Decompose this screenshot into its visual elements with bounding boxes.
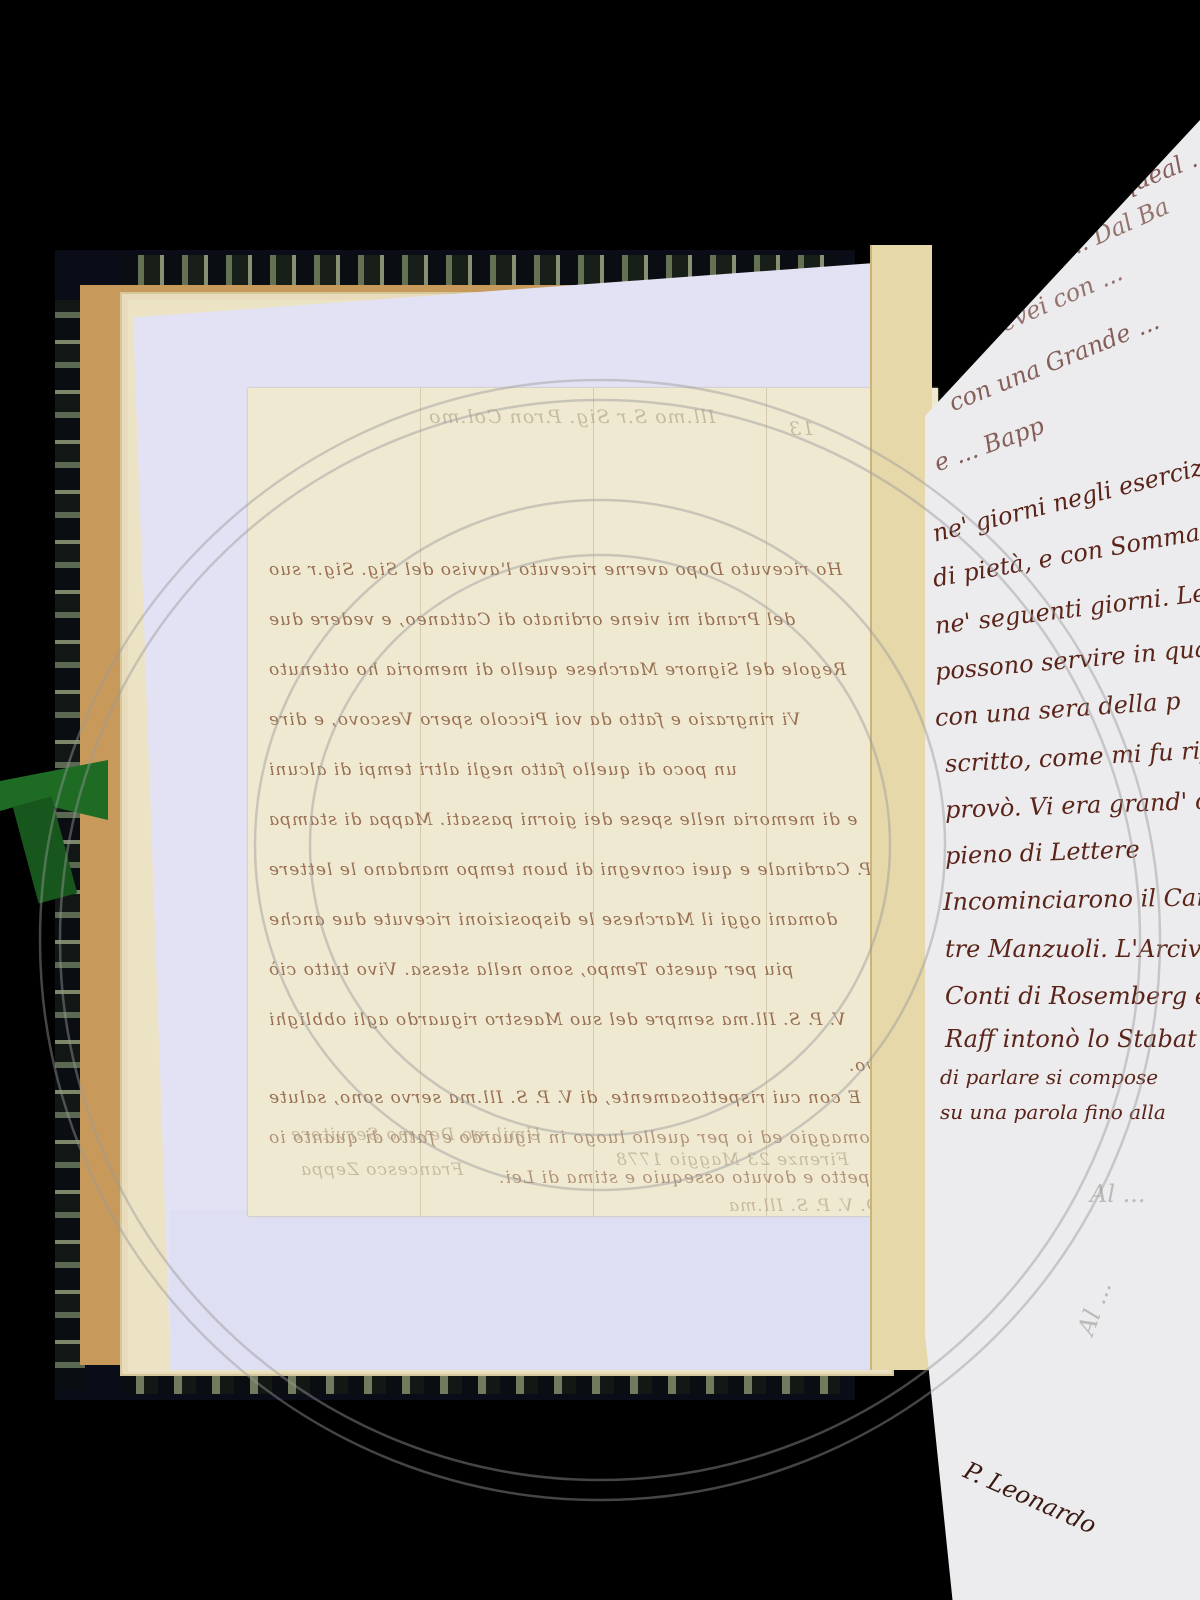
marginal-note: Al ...	[1090, 1180, 1146, 1208]
letter-line: E con cui rispettosamente, di V. P. S. I…	[268, 1088, 860, 1108]
letter-line: rispetto e dovuto ossequio e stima di Le…	[498, 1168, 895, 1188]
manuscript-line: Conti di Rosemberg e di	[945, 982, 1200, 1010]
manuscript-line: su una parola fino alla	[940, 1100, 1166, 1124]
signature-left-line1: Umil.mo Dev.mo Servitore	[290, 1125, 541, 1145]
letter-header: Ill.mo S.r Sig. P.ron Col.mo	[428, 406, 715, 428]
letter-line: e di memoria nelle spese dei giorni pass…	[268, 810, 857, 830]
manuscript-line: tre Manzuoli. L'Arciv	[945, 935, 1200, 963]
letter-line: un poco di quello fatto negli altri temp…	[268, 760, 737, 780]
mounted-letter: Ill.mo S.r Sig. P.ron Col.mo 13 Ho ricev…	[248, 388, 938, 1216]
letter-line: Ho ricevuto Dopo averne ricevuto l'avvis…	[268, 560, 842, 580]
facing-manuscript-page: ... l. Manqueal ... cou altra volta ... …	[925, 120, 1200, 1600]
letter-header-number: 13	[788, 418, 814, 440]
letter-line: del Prandi mi viene ordinato di Cattaneo…	[268, 610, 795, 630]
signature-left-line2: Francesco Zeppa	[300, 1160, 463, 1180]
manuscript-line: pieno di Lettere	[945, 835, 1141, 870]
manuscript-line: scritto, come mi fu rifer	[944, 735, 1200, 778]
manuscript-line: Raff intonò lo Stabat	[945, 1025, 1197, 1053]
manuscript-line: con una Grande ...	[945, 307, 1163, 417]
letter-line: V. P. S. Ill.ma sempre del suo Maestro r…	[268, 1010, 845, 1030]
manuscript-line: e ... Bapp	[930, 412, 1048, 478]
manuscript-line: possono servire in qua	[934, 634, 1200, 686]
letter-line: Vi ringrazio e fatto da voi Piccolo sper…	[268, 710, 800, 730]
letter-line: P. Cardinale e quei convegni di buon tem…	[268, 860, 871, 880]
letter-line: domani oggi il Marchese le disposizioni …	[268, 910, 837, 930]
manuscript-line: Incominciarono il Canto	[943, 883, 1200, 916]
letter-line: D. V. P. S. Ill.ma	[728, 1196, 880, 1216]
marginal-note: Al ...	[1072, 1277, 1117, 1339]
interleaf-white-sheet-bottom	[170, 1210, 930, 1370]
manuscript-line: di parlare si compose	[940, 1065, 1158, 1089]
letter-line: piu per questo Tempo, sono nella stessa.…	[268, 960, 793, 980]
manuscript-line: provò. Vi era grand' c	[945, 787, 1200, 824]
manuscript-line: con una sera della p	[934, 687, 1181, 732]
manuscript-line: ne' seguenti giorni. Le	[933, 579, 1200, 640]
bottom-annotation: P. Leonardo	[959, 1456, 1100, 1539]
binder-spine	[870, 245, 932, 1370]
signature-date: Firenze 23 Maggio 1778	[615, 1150, 848, 1170]
letter-line: Regole del Signore Marchese quello di me…	[268, 660, 846, 680]
